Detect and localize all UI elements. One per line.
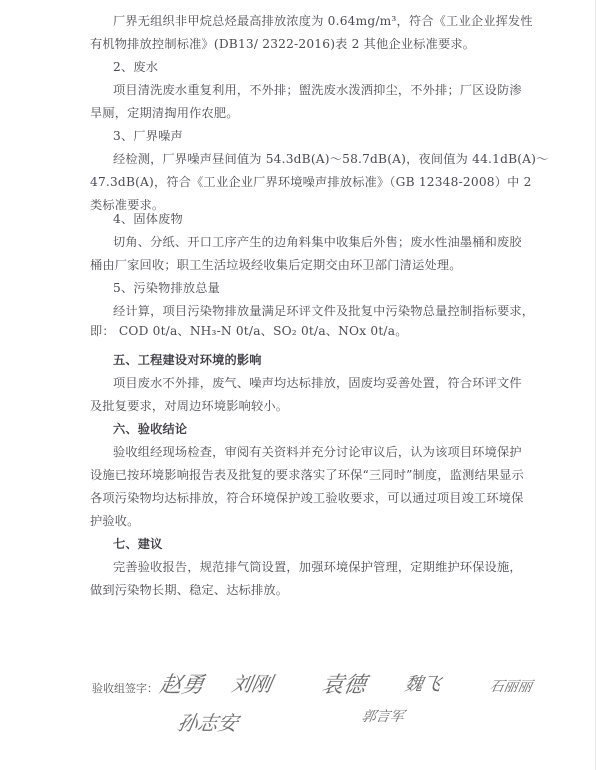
paragraph-line: 切角、分纸、开口工序产生的边角料集中收集后外售；废水性油墨桶和废胶 xyxy=(113,234,522,250)
paragraph-line: 护验收。 xyxy=(90,513,140,529)
paragraph-line: 有机物排放控制标准》(DB13/ 2322-2016)表 2 其他企业标准要求。 xyxy=(90,36,475,52)
subsection-heading: 5、污染物排放总量 xyxy=(113,280,220,296)
handwritten-signature: 刘刚 xyxy=(229,668,274,697)
handwritten-signature: 孙志安 xyxy=(175,707,240,736)
paragraph-line: 项目清洗废水重复利用，不外排；盥洗废水泼洒抑尘，不外排；厂区设防渗 xyxy=(113,82,522,98)
section-heading: 七、建议 xyxy=(113,536,163,552)
paragraph-line: 47.3dB(A)，符合《工业企业厂界环境噪声排放标准》（GB 12348-20… xyxy=(90,174,532,190)
paragraph-line: 验收组经现场检查，审阅有关资料并充分讨论审议后，认为该项目环境保护 xyxy=(113,444,522,460)
handwritten-signature: 袁德 xyxy=(319,668,368,699)
handwritten-signature: 赵勇 xyxy=(157,668,206,699)
subsection-heading: 4、固体废物 xyxy=(113,211,183,227)
section-heading: 五、工程建设对环境的影响 xyxy=(113,352,262,368)
paragraph-line: 旱厕，定期清掏用作农肥。 xyxy=(90,105,239,121)
handwritten-signature: 郭言军 xyxy=(360,706,406,726)
paragraph-line: 桶由厂家回收；职工生活垃圾经收集后定期交由环卫部门清运处理。 xyxy=(90,257,462,273)
document-page: 厂界无组织非甲烷总烃最高排放浓度为 0.64mg/m³，符合《工业企业挥发性有机… xyxy=(0,0,596,770)
paragraph-line: 厂界无组织非甲烷总烃最高排放浓度为 0.64mg/m³，符合《工业企业挥发性 xyxy=(113,13,533,29)
subsection-heading: 3、厂界噪声 xyxy=(113,128,183,144)
paragraph-line: 设施已按环境影响报告表及批复的要求落实了环保“三同时”制度，监测结果显示 xyxy=(90,467,524,483)
paragraph-line: 项目废水不外排，废气、噪声均达标排放，固废均妥善处置，符合环评文件 xyxy=(113,375,522,391)
paragraph-line: 经计算，项目污染物排放量满足环评文件及批复中污染物总量控制指标要求， xyxy=(113,303,534,319)
section-heading: 六、验收结论 xyxy=(113,421,187,437)
handwritten-signature: 石丽丽 xyxy=(488,676,534,696)
paragraph-line: 经检测，厂界噪声昼间值为 54.3dB(A)～58.7dB(A)，夜间值为 44… xyxy=(113,151,549,167)
subsection-heading: 2、废水 xyxy=(113,59,158,75)
paragraph-line: 及批复要求，对周边环境影响较小。 xyxy=(90,398,288,414)
signature-label: 验收组签字： xyxy=(92,680,158,696)
paragraph-line: 即： COD 0t/a、NH₃-N 0t/a、SO₂ 0t/a、NOx 0t/a… xyxy=(90,323,408,339)
paragraph-line: 各项污染物均达标排放，符合环境保护竣工验收要求，可以通过项目竣工环境保 xyxy=(90,490,524,506)
paragraph-line: 完善验收报告，规范排气筒设置，加强环境保护管理，定期维护环保设施， xyxy=(113,559,522,575)
handwritten-signature: 魏飞 xyxy=(403,670,444,696)
paragraph-line: 做到污染物长期、稳定、达标排放。 xyxy=(90,582,288,598)
